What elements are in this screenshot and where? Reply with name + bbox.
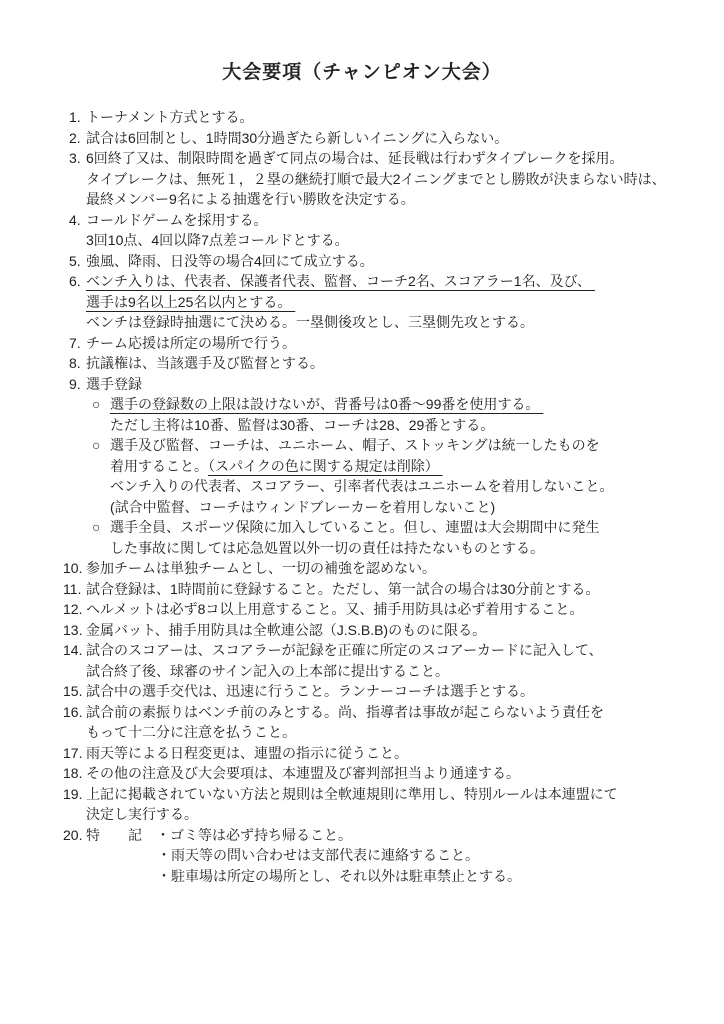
doc-line: 20.特 記 ・ゴミ等は必ず持ち帰ること。 — [0, 825, 724, 846]
line-text: 上記に掲載されていない方法と規則は全軟連規則に準用し、特別ルールは本連盟にて — [86, 786, 618, 802]
doc-line: した事故に関しては応急処置以外一切の責任は持たないものとする。 — [0, 538, 724, 559]
item-number: 18. — [63, 763, 86, 784]
item-number: 7. — [69, 333, 86, 354]
line-text: 試合登録は、1時間前に登録すること。ただし、第一試合の場合は30分前とする。 — [86, 581, 599, 597]
line-text: ・雨天等の問い合わせは支部代表に連絡すること。 — [157, 847, 479, 863]
doc-line: 選手は9名以上25名以内とする。 — [0, 292, 724, 313]
doc-line: 8.抗議権は、当該選手及び監督とする。 — [0, 353, 724, 374]
doc-line: 19.上記に掲載されていない方法と規則は全軟連規則に準用し、特別ルールは本連盟に… — [0, 784, 724, 805]
doc-line: もって十二分に注意を払うこと。 — [0, 722, 724, 743]
line-text: した事故に関しては応急処置以外一切の責任は持たないものとする。 — [110, 540, 544, 556]
rules-list: 1.トーナメント方式とする。 2.試合は6回制とし、1時間30分過ぎたら新しいイ… — [0, 107, 724, 886]
doc-line: 9.選手登録 — [0, 374, 724, 395]
item-number: 19. — [63, 784, 86, 805]
doc-line: タイブレークは、無死１，２塁の継続打順で最大2イニングまでとし勝敗が決まらない時… — [0, 169, 724, 190]
underlined-text: 選手の登録数の上限は設けないが、背番号は0番～99番を使用する。 — [110, 396, 543, 412]
line-text: 試合のスコアーは、スコアラーが記録を正確に所定のスコアーカードに記入して、 — [86, 642, 603, 658]
doc-line: (試合中監督、コーチはウィンドブレーカーを着用しないこと) — [0, 497, 724, 518]
line-text: ベンチは登録時抽選にて決める。一塁側後攻とし、三塁側先攻とする。 — [86, 314, 534, 330]
line-text: もって十二分に注意を払うこと。 — [86, 724, 296, 740]
item-number: 17. — [63, 743, 86, 764]
doc-line: ただし主将は10番、監督は30番、コーチは28、29番とする。 — [0, 415, 724, 436]
doc-line: 11.試合登録は、1時間前に登録すること。ただし、第一試合の場合は30分前とする… — [0, 579, 724, 600]
line-text: 試合終了後、球審のサイン記入の上本部に提出すること。 — [86, 663, 449, 679]
doc-line: 決定し実行する。 — [0, 804, 724, 825]
doc-line: ○選手全員、スポーツ保険に加入していること。但し、連盟は大会期間中に発生 — [0, 517, 724, 538]
line-text: 強風、降雨、日没等の場合4回にて成立する。 — [86, 253, 374, 269]
doc-line: 2.試合は6回制とし、1時間30分過ぎたら新しいイニングに入らない。 — [0, 128, 724, 149]
doc-line: ・雨天等の問い合わせは支部代表に連絡すること。 — [0, 845, 724, 866]
doc-line: ベンチは登録時抽選にて決める。一塁側後攻とし、三塁側先攻とする。 — [0, 312, 724, 333]
doc-line: 1.トーナメント方式とする。 — [0, 107, 724, 128]
item-number: 11. — [63, 579, 86, 600]
doc-line: 18.その他の注意及び大会要項は、本連盟及び審判部担当より通達する。 — [0, 763, 724, 784]
item-number: 13. — [63, 620, 86, 641]
item-number: 6. — [69, 271, 86, 292]
doc-line: 13.金属バット、捕手用防具は全軟連公認（J.S.B.B)のものに限る。 — [0, 620, 724, 641]
underlined-text: （スパイクの色に関する規定は削除） — [208, 458, 443, 474]
doc-line: 12.ヘルメットは必ず8コ以上用意すること。又、捕手用防具は必ず着用すること。 — [0, 599, 724, 620]
item-number: 14. — [63, 640, 86, 661]
line-text: 抗議権は、当該選手及び監督とする。 — [86, 355, 324, 371]
line-text: ヘルメットは必ず8コ以上用意すること。又、捕手用防具は必ず着用すること。 — [86, 601, 583, 617]
line-text: コールドゲームを採用する。 — [86, 212, 267, 228]
line-text: 3回10点、4回以降7点差コールドとする。 — [86, 232, 349, 248]
line-text: 最終メンバー9名による抽選を行い勝敗を決定する。 — [86, 191, 415, 207]
item-number: 1. — [69, 107, 86, 128]
circle-bullet-icon: ○ — [92, 517, 110, 538]
line-text: 金属バット、捕手用防具は全軟連公認（J.S.B.B)のものに限る。 — [86, 622, 486, 638]
doc-line: 16.試合前の素振りはベンチ前のみとする。尚、指導者は事故が起こらないよう責任を — [0, 702, 724, 723]
circle-bullet-icon: ○ — [92, 435, 110, 456]
item-number: 15. — [63, 681, 86, 702]
doc-line: 10.参加チームは単独チームとし、一切の補強を認めない。 — [0, 558, 724, 579]
line-text: (試合中監督、コーチはウィンドブレーカーを着用しないこと) — [110, 499, 495, 515]
underlined-text: 選手は9名以上25名以内とする。 — [86, 294, 295, 310]
doc-line: ○選手及び監督、コーチは、ユニホーム、帽子、ストッキングは統一したものを — [0, 435, 724, 456]
doc-line: 17.雨天等による日程変更は、連盟の指示に従うこと。 — [0, 743, 724, 764]
line-text: チーム応援は所定の場所で行う。 — [86, 335, 296, 351]
document-title: 大会要項（チャンピオン大会） — [0, 60, 724, 86]
line-text: 試合中の選手交代は、迅速に行うこと。ランナーコーチは選手とする。 — [86, 683, 534, 699]
line-text: 決定し実行する。 — [86, 806, 198, 822]
item-number: 16. — [63, 702, 86, 723]
circle-bullet-icon: ○ — [92, 394, 110, 415]
doc-line: 3.6回終了又は、制限時間を過ぎて同点の場合は、延長戦は行わずタイブレークを採用… — [0, 148, 724, 169]
doc-line: 15.試合中の選手交代は、迅速に行うこと。ランナーコーチは選手とする。 — [0, 681, 724, 702]
item-number: 8. — [69, 353, 86, 374]
doc-line: 4.コールドゲームを採用する。 — [0, 210, 724, 231]
line-text: タイブレークは、無死１，２塁の継続打順で最大2イニングまでとし勝敗が決まらない時… — [86, 171, 666, 187]
doc-line: ベンチ入りの代表者、スコアラー、引率者代表はユニホームを着用しないこと。 — [0, 476, 724, 497]
underlined-text: ベンチ入りは、代表者、保護者代表、監督、コーチ2名、スコアラー1名、及び、 — [86, 273, 595, 289]
item-number: 10. — [63, 558, 86, 579]
item-number: 3. — [69, 148, 86, 169]
line-text: トーナメント方式とする。 — [86, 109, 253, 125]
doc-line: 試合終了後、球審のサイン記入の上本部に提出すること。 — [0, 661, 724, 682]
item-number: 20. — [63, 825, 86, 846]
doc-line: ○選手の登録数の上限は設けないが、背番号は0番～99番を使用する。 — [0, 394, 724, 415]
line-text: 選手及び監督、コーチは、ユニホーム、帽子、ストッキングは統一したものを — [110, 437, 600, 453]
line-text: 選手全員、スポーツ保険に加入していること。但し、連盟は大会期間中に発生 — [110, 519, 599, 535]
item-number: 5. — [69, 251, 86, 272]
doc-line: ・駐車場は所定の場所とし、それ以外は駐車禁止とする。 — [0, 866, 724, 887]
item-number: 12. — [63, 599, 86, 620]
doc-line: 6.ベンチ入りは、代表者、保護者代表、監督、コーチ2名、スコアラー1名、及び、 — [0, 271, 724, 292]
document-page: 大会要項（チャンピオン大会） 1.トーナメント方式とする。 2.試合は6回制とし… — [0, 0, 724, 1024]
line-text: 選手登録 — [86, 376, 142, 392]
doc-line: 14.試合のスコアーは、スコアラーが記録を正確に所定のスコアーカードに記入して、 — [0, 640, 724, 661]
doc-line: 5.強風、降雨、日没等の場合4回にて成立する。 — [0, 251, 724, 272]
line-text: ただし主将は10番、監督は30番、コーチは28、29番とする。 — [110, 417, 494, 433]
line-text: 試合前の素振りはベンチ前のみとする。尚、指導者は事故が起こらないよう責任を — [86, 704, 604, 720]
doc-line: 着用すること。（スパイクの色に関する規定は削除） — [0, 456, 724, 477]
line-text: 6回終了又は、制限時間を過ぎて同点の場合は、延長戦は行わずタイブレークを採用。 — [86, 150, 624, 166]
doc-line: 7.チーム応援は所定の場所で行う。 — [0, 333, 724, 354]
item-number: 2. — [69, 128, 86, 149]
line-text: 参加チームは単独チームとし、一切の補強を認めない。 — [86, 560, 436, 576]
doc-line: 3回10点、4回以降7点差コールドとする。 — [0, 230, 724, 251]
doc-line: 最終メンバー9名による抽選を行い勝敗を決定する。 — [0, 189, 724, 210]
line-text: 雨天等による日程変更は、連盟の指示に従うこと。 — [86, 745, 408, 761]
item-number: 9. — [69, 374, 86, 395]
line-text: 特 記 ・ゴミ等は必ず持ち帰ること。 — [86, 827, 352, 843]
item-number: 4. — [69, 210, 86, 231]
line-text: 試合は6回制とし、1時間30分過ぎたら新しいイニングに入らない。 — [86, 130, 508, 146]
line-text: 着用すること。 — [110, 458, 208, 474]
line-text: ・駐車場は所定の場所とし、それ以外は駐車禁止とする。 — [157, 868, 521, 884]
line-text: ベンチ入りの代表者、スコアラー、引率者代表はユニホームを着用しないこと。 — [110, 478, 613, 494]
line-text: その他の注意及び大会要項は、本連盟及び審判部担当より通達する。 — [86, 765, 520, 781]
